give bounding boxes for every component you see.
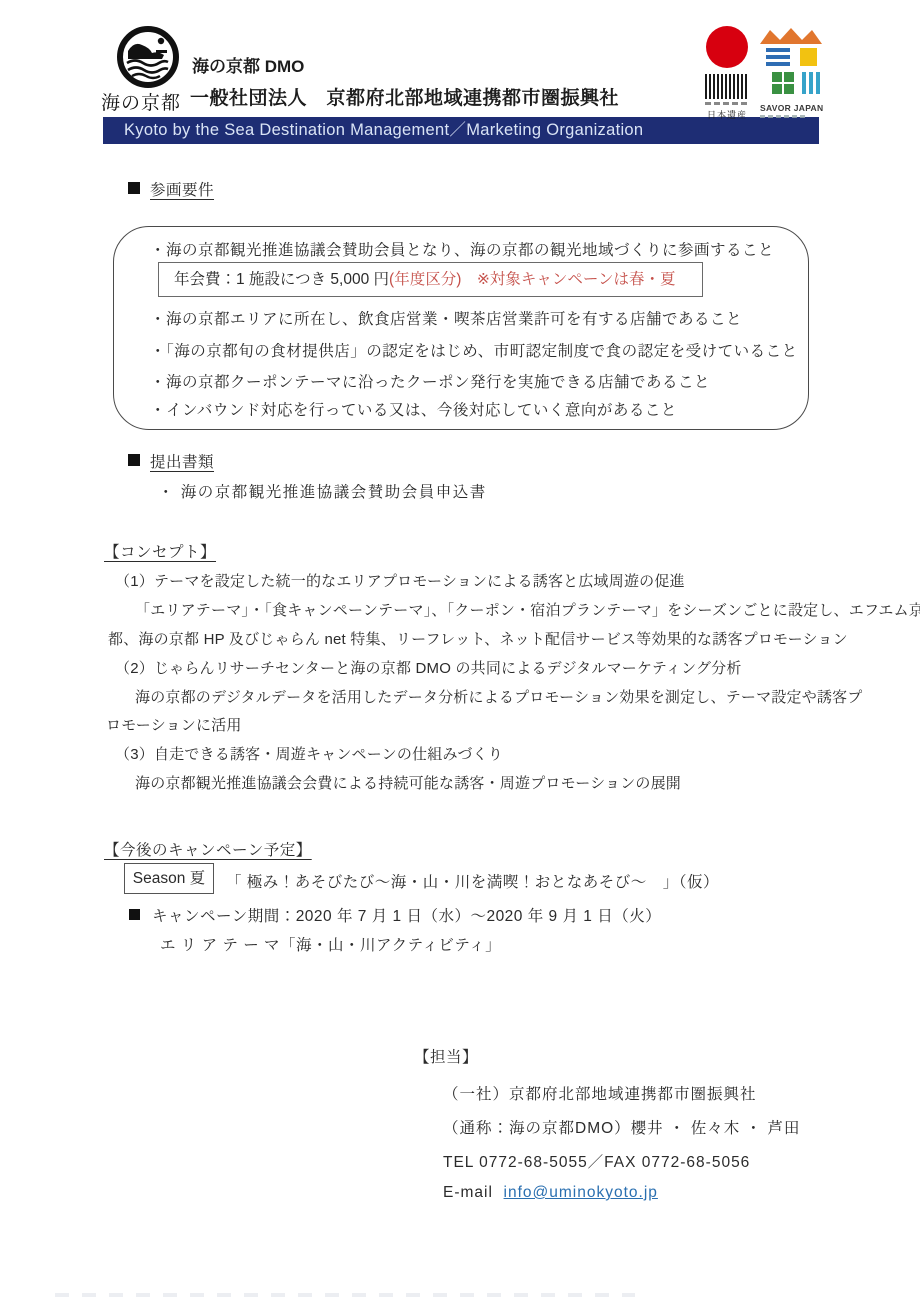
season-badge: Season 夏 xyxy=(124,863,214,894)
requirement-item: ・海の京都エリアに所在し、飲食店営業・喫茶店営業許可を有する店舗であること xyxy=(150,307,742,329)
fee-box: 年会費：1 施設につき 5,000 円(年度区分) ※対象キャンペーンは春・夏 xyxy=(158,262,703,297)
fee-note: (年度区分) ※対象キャンペーンは春・夏 xyxy=(389,271,676,288)
contact-heading: 【担当】 xyxy=(414,1045,478,1067)
savor-japan-logo: SAVOR JAPAN xyxy=(760,26,822,118)
documents-item: ・ 海の京都観光推進協議会賛助会員申込書 xyxy=(158,480,487,502)
documents-heading: 提出書類 xyxy=(128,450,214,472)
email-label: E-mail xyxy=(443,1184,493,1201)
savor-japan-house-icon xyxy=(760,26,822,98)
requirement-item: ・海の京都観光推進協議会賛助会員となり、海の京都の観光地域づくりに参画すること xyxy=(150,238,774,260)
savor-japan-smallprint xyxy=(760,115,808,118)
japan-heritage-smallprint xyxy=(705,102,749,105)
header-banner: Kyoto by the Sea Destination Management／… xyxy=(103,117,819,144)
japan-heritage-sun-icon xyxy=(706,26,748,68)
contact-org: （一社）京都府北部地域連携都市圏振興社 xyxy=(443,1082,757,1104)
concept-line: 海の京都のデジタルデータを活用したデータ分析によるプロモーション効果を測定し、テ… xyxy=(135,686,863,707)
savor-japan-label: SAVOR JAPAN xyxy=(760,103,822,113)
org-full-name: 一般社団法人 京都府北部地域連携都市圏振興社 xyxy=(190,83,619,110)
document-page: 海の京都 海の京都 DMO 一般社団法人 京都府北部地域連携都市圏振興社 Kyo… xyxy=(0,0,920,1300)
scan-artifact xyxy=(55,1293,635,1297)
concept-line: 海の京都観光推進協議会会費による持続可能な誘客・周遊プロモーションの展開 xyxy=(135,772,681,793)
japan-heritage-label: 日本遺産 xyxy=(700,108,754,121)
square-bullet-icon xyxy=(129,909,140,920)
umi-no-kyoto-logo-icon xyxy=(116,25,180,89)
concept-line: ロモーションに活用 xyxy=(106,714,242,735)
logo-caption: 海の京都 xyxy=(101,88,181,115)
requirement-item: ・海の京都クーポンテーマに沿ったクーポン発行を実施できる店舗であること xyxy=(150,370,710,392)
concept-heading: 【コンセプト】 xyxy=(104,540,216,562)
concept-line: （2）じゃらんリサーチセンターと海の京都 DMO の共同によるデジタルマーケティ… xyxy=(115,657,742,678)
concept-line: （1）テーマを設定した統一的なエリアプロモーションによる誘客と広域周遊の促進 xyxy=(115,570,685,591)
contact-email-row: E-mail info@uminokyoto.jp xyxy=(443,1184,658,1202)
concept-line: （3）自走できる誘客・周遊キャンペーンの仕組みづくり xyxy=(115,743,503,764)
japan-heritage-barcode-icon xyxy=(705,74,749,99)
square-bullet-icon xyxy=(128,182,140,194)
japan-heritage-logo: 日本遺産 xyxy=(700,26,754,121)
email-link[interactable]: info@uminokyoto.jp xyxy=(504,1184,658,1201)
requirement-item: ・「海の京都旬の食材提供店」の認定をはじめ、市町認定制度で食の認定を受けているこ… xyxy=(150,339,798,361)
requirements-heading: 参画要件 xyxy=(128,178,214,200)
contact-tel-fax: TEL 0772-68-5055／FAX 0772-68-5056 xyxy=(443,1150,750,1172)
org-short-name: 海の京都 DMO xyxy=(192,52,304,77)
concept-line: 都、海の京都 HP 及びじゃらん net 特集、リーフレット、ネット配信サービス… xyxy=(108,628,848,649)
campaign-heading: 【今後のキャンペーン予定】 xyxy=(104,838,312,860)
contact-persons: （通称：海の京都DMO）櫻井 ・ 佐々木 ・ 芦田 xyxy=(443,1116,800,1138)
concept-line: 「エリアテーマ」・「食キャンペーンテーマ」、「クーポン・宿泊プランテーマ」をシー… xyxy=(135,599,920,620)
requirement-item: ・インバウンド対応を行っている又は、今後対応していく意向があること xyxy=(150,398,677,420)
fee-amount: 年会費：1 施設につき 5,000 円 xyxy=(174,271,389,288)
season-title: 「 極み！あそびたび～海・山・川を満喫！おとなあそび～ 」（仮） xyxy=(226,870,719,892)
square-bullet-icon xyxy=(128,454,140,466)
campaign-area-theme: エ リ ア テ ー マ「海・山・川アクティビティ」 xyxy=(160,933,501,955)
campaign-period: キャンペーン期間：2020 年 7 月 1 日（水）～2020 年 9 月 1 … xyxy=(129,904,661,926)
